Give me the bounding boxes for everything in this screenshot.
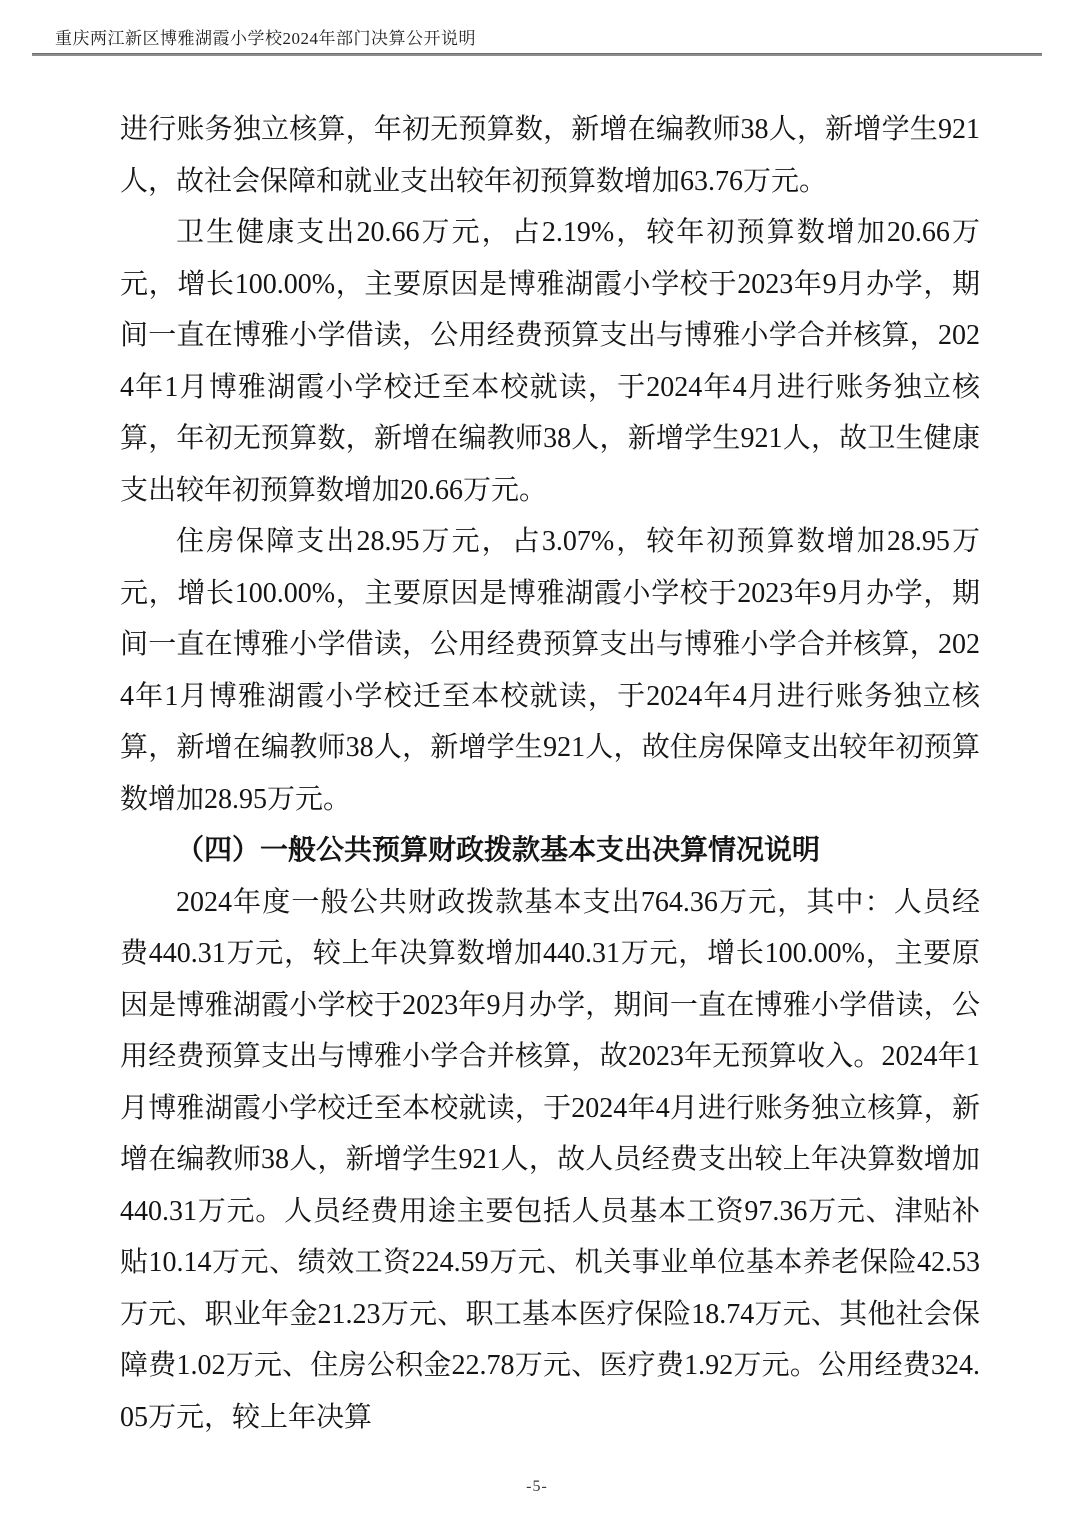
document-body: 进行账务独立核算，年初无预算数，新增在编教师38人，新增学生921人，故社会保障…: [120, 104, 980, 1443]
paragraph-basic-expenditure-detail: 2024年度一般公共财政拨款基本支出764.36万元，其中：人员经费440.31…: [120, 877, 980, 1444]
document-page: 重庆两江新区博雅湖霞小学校2024年部门决算公开说明 进行账务独立核算，年初无预…: [0, 0, 1074, 1520]
page-header: 重庆两江新区博雅湖霞小学校2024年部门决算公开说明: [55, 27, 476, 51]
header-rule: [32, 53, 1042, 56]
paragraph-housing-expenditure: 住房保障支出28.95万元，占3.07%，较年初预算数增加28.95万元，增长1…: [120, 516, 980, 825]
section-heading-basic-expenditure: （四）一般公共预算财政拨款基本支出决算情况说明: [120, 825, 980, 877]
paragraph-social-security-continuation: 进行账务独立核算，年初无预算数，新增在编教师38人，新增学生921人，故社会保障…: [120, 104, 980, 207]
page-footer: -5-: [0, 1478, 1074, 1496]
page-number: -5-: [526, 1478, 548, 1495]
header-title: 重庆两江新区博雅湖霞小学校2024年部门决算公开说明: [55, 29, 476, 48]
paragraph-health-expenditure: 卫生健康支出20.66万元，占2.19%，较年初预算数增加20.66万元，增长1…: [120, 207, 980, 516]
